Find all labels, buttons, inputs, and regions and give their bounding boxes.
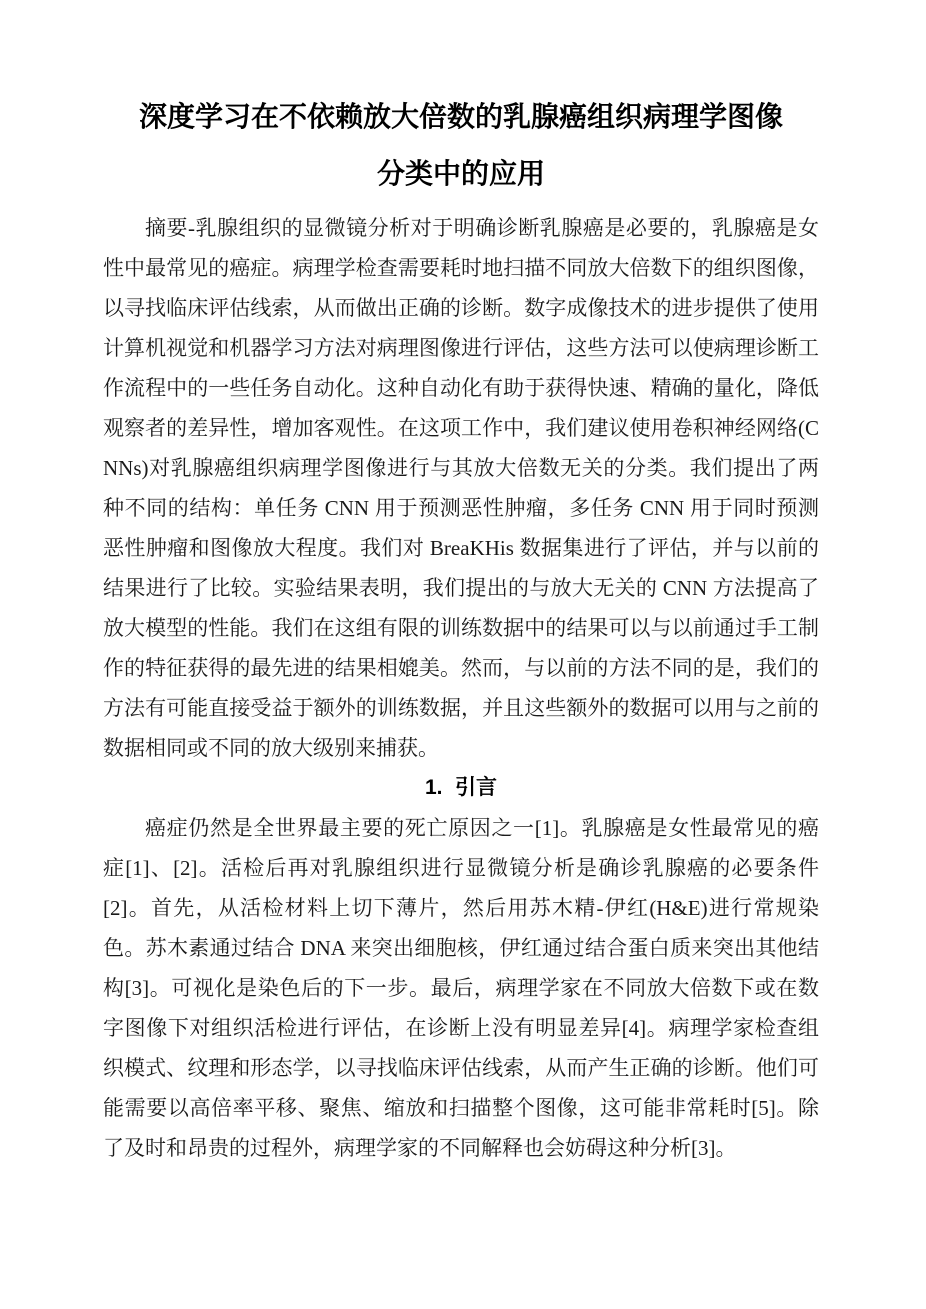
abstract-paragraph: 摘要-乳腺组织的显微镜分析对于明确诊断乳腺癌是必要的，乳腺癌是女性中最常见的癌症… — [103, 208, 819, 768]
section-title: 引言 — [455, 776, 497, 799]
section-1-heading: 1.引言 — [103, 768, 819, 808]
section-number: 1. — [425, 776, 443, 799]
paper-page: 深度学习在不依赖放大倍数的乳腺癌组织病理学图像分类中的应用 摘要-乳腺组织的显微… — [0, 0, 926, 1309]
paper-title: 深度学习在不依赖放大倍数的乳腺癌组织病理学图像分类中的应用 — [131, 88, 791, 202]
introduction-paragraph: 癌症仍然是全世界最主要的死亡原因之一[1]。乳腺癌是女性最常见的癌症[1]、[2… — [103, 808, 819, 1168]
